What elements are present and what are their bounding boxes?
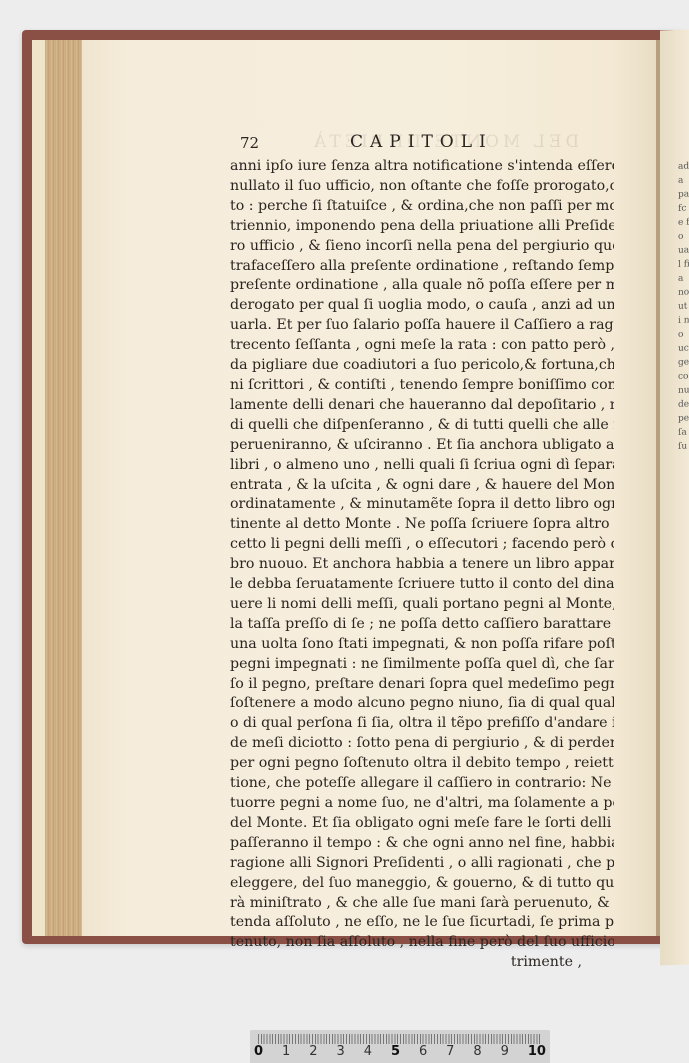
page-header: DEL MONTE DI PIETÀ 72 CAPITOLI xyxy=(240,132,620,156)
text-line: to : perche ſi ſtatuiſce , & ordina,che … xyxy=(230,197,614,217)
ruler-labels: 012345678910 xyxy=(250,1044,550,1062)
text-line: lamente delli denari che haueranno dal d… xyxy=(230,396,614,416)
ruler-ticks xyxy=(258,1034,542,1044)
text-line: tenuto, non ſia aſſoluto , nella fine pe… xyxy=(230,933,614,953)
text-line: tenda aſſoluto , ne eſſo, ne le ſue ſicu… xyxy=(230,913,614,933)
text-line: la taſſa preſſo di ſe ; ne poſſa detto c… xyxy=(230,615,614,635)
text-line: nullato il ſuo ufficio, non oſtante che … xyxy=(230,177,614,197)
page-edges xyxy=(45,40,83,936)
text-line: ſo il pegno, preſtare denari ſopra quel … xyxy=(230,675,614,695)
text-line: perueniranno, & uſciranno . Et ſia ancho… xyxy=(230,436,614,456)
text-line: o di qual perſona ſi ſia, oltra il tẽpo … xyxy=(230,714,614,734)
text-line: uere li nomi delli meſſi, quali portano … xyxy=(230,595,614,615)
text-line: del Monte. Et ſia obligato ogni meſe far… xyxy=(230,814,614,834)
scale-ruler: 012345678910 xyxy=(250,1030,550,1063)
text-line: le debba ſeruatamente ſcriuere tutto il … xyxy=(230,575,614,595)
text-line: libri , o almeno uno , nelli quali ſi ſc… xyxy=(230,456,614,476)
ruler-label: 3 xyxy=(336,1044,344,1062)
text-line: cetto li pegni delli meſſi , o eſſecutor… xyxy=(230,535,614,555)
text-line: ro ufficio , & ſieno incorſi nella pena … xyxy=(230,237,614,257)
ruler-label: 6 xyxy=(419,1044,427,1062)
endpaper xyxy=(32,40,46,936)
text-line: trecento ſeſſanta , ogni meſe la rata : … xyxy=(230,336,614,356)
ruler-label: 4 xyxy=(364,1044,372,1062)
text-line: bro nuouo. Et anchora habbia a tenere un… xyxy=(230,555,614,575)
ruler-label: 2 xyxy=(309,1044,317,1062)
ruler-label: 10 xyxy=(528,1044,546,1062)
ruler-label: 7 xyxy=(446,1044,454,1062)
text-line: per ogni pegno ſoſtenuto oltra il debito… xyxy=(230,754,614,774)
text-line: ſoſtenere a modo alcuno pegno niuno, ſia… xyxy=(230,694,614,714)
ruler-label: 5 xyxy=(391,1044,400,1062)
text-line: ragione alli Signori Preſidenti , o alli… xyxy=(230,854,614,874)
text-line: di quelli che diſpenſeranno , & di tutti… xyxy=(230,416,614,436)
ruler-label: 0 xyxy=(254,1044,263,1062)
text-line: preſente ordinatione , alla quale nõ poſ… xyxy=(230,276,614,296)
text-line: trafaceſſero alla preſente ordinatione ,… xyxy=(230,257,614,277)
text-line: pegni impegnati : ne ſimilmente poſſa qu… xyxy=(230,655,614,675)
text-line: rà miniſtrato , & che alle ſue mani ſarà… xyxy=(230,894,614,914)
page-number: 72 xyxy=(240,134,259,152)
text-line: da pigliare due coadiutori a ſuo pericol… xyxy=(230,356,614,376)
body-text: anni ipſo iure ſenza altra notificatione… xyxy=(230,157,614,973)
running-title: CAPITOLI xyxy=(350,132,493,152)
text-line: anni ipſo iure ſenza altra notificatione… xyxy=(230,157,614,177)
text-line: una uolta ſono ſtati impegnati, & non po… xyxy=(230,635,614,655)
text-line: triennio, imponendo pena della priuation… xyxy=(230,217,614,237)
text-line: ordinatamente , & minutamẽte ſopra il de… xyxy=(230,495,614,515)
text-line: eleggere, del ſuo maneggio, & gouerno, &… xyxy=(230,874,614,894)
ruler-label: 9 xyxy=(501,1044,509,1062)
catchword: trimente , xyxy=(230,953,614,973)
text-line: tinente al detto Monte . Ne poſſa ſcriue… xyxy=(230,515,614,535)
text-line: ni ſcrittori , & contiſti , tenendo ſemp… xyxy=(230,376,614,396)
text-line: entrata , & la uſcita , & ogni dare , & … xyxy=(230,476,614,496)
text-line: derogato per qual ſi uoglia modo, o cauſ… xyxy=(230,296,614,316)
text-line: tione, che poteſſe allegare il caſſiero … xyxy=(230,774,614,794)
book-page-right-edge: ada pa fce fo ua l fia no uti no uc ge c… xyxy=(660,29,689,965)
facing-page-text: ada pa fce fo ua l fia no uti no uc ge c… xyxy=(678,159,689,453)
text-line: uarla. Et per ſuo ſalario poſſa hauere i… xyxy=(230,316,614,336)
ruler-label: 1 xyxy=(282,1044,290,1062)
text-line: de meſi diciotto : ſotto pena di pergiur… xyxy=(230,734,614,754)
ruler-label: 8 xyxy=(473,1044,481,1062)
text-line: tuorre pegni a nome ſuo, ne d'altri, ma … xyxy=(230,794,614,814)
text-line: paſſeranno il tempo : & che ogni anno ne… xyxy=(230,834,614,854)
